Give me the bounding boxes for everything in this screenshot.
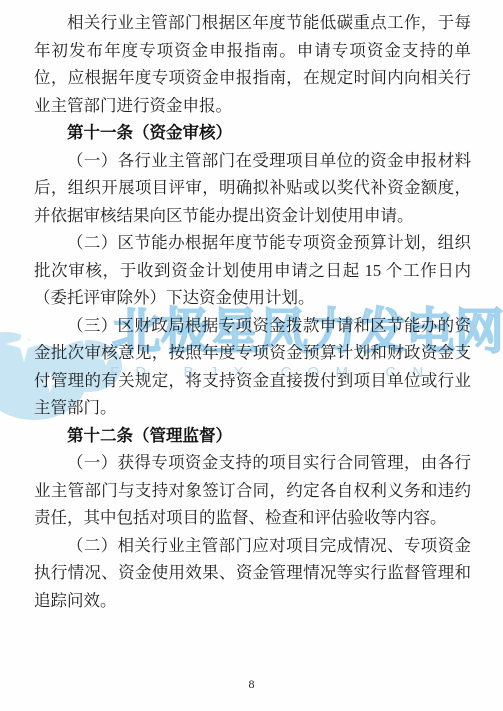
document-page: 北极星风力发电网 F D · B J X · C O M · C N 相关行业主… bbox=[0, 0, 503, 711]
paragraph-article11-item3: （三）区财政局根据专项资金拨款申请和区节能办的资金批次审核意见，按照年度专项资金… bbox=[34, 312, 471, 422]
document-text: 相关行业主管部门根据区年度节能低碳重点工作，于每年初发布年度专项资金申报指南。申… bbox=[34, 9, 471, 614]
paragraph-article12-item2: （二）相关行业主管部门应对项目完成情况、专项资金执行情况、资金使用效果、资金管理… bbox=[34, 532, 471, 615]
article-12-heading: 第十二条（管理监督） bbox=[34, 422, 471, 450]
page-number: 8 bbox=[0, 677, 503, 692]
paragraph-fund-application: 相关行业主管部门根据区年度节能低碳重点工作，于每年初发布年度专项资金申报指南。申… bbox=[34, 9, 471, 119]
paragraph-article11-item2: （二）区节能办根据年度节能专项资金预算计划，组织批次审核，于收到资金计划使用申请… bbox=[34, 229, 471, 312]
paragraph-article11-item1: （一）各行业主管部门在受理项目单位的资金申报材料后，组织开展项目评审，明确拟补贴… bbox=[34, 147, 471, 230]
article-11-heading: 第十一条（资金审核） bbox=[34, 119, 471, 147]
paragraph-article12-item1: （一）获得专项资金支持的项目实行合同管理，由各行业主管部门与支持对象签订合同，约… bbox=[34, 449, 471, 532]
